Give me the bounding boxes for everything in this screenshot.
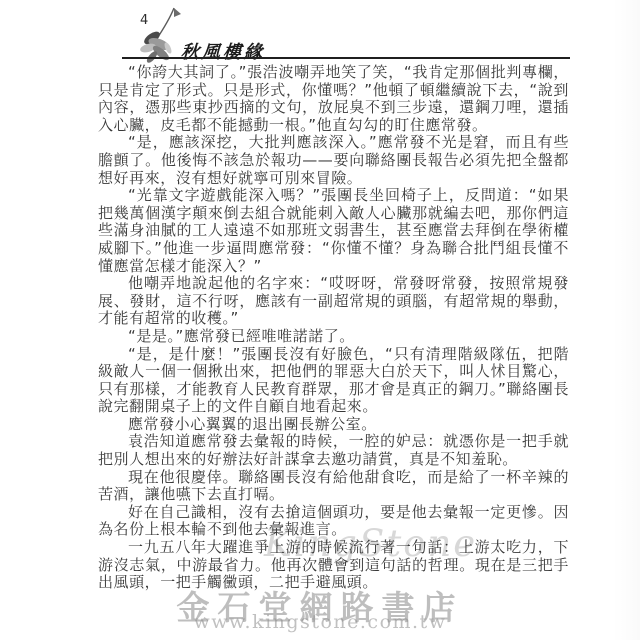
header-rule: [122, 57, 570, 59]
paragraph: “是，是什麼！”張團長沒有好臉色，“只有清理階級隊伍，把階級敵人一個一個揪出來，…: [98, 346, 569, 416]
kingstone-url-watermark: www.kingstone.com.tw: [0, 611, 640, 633]
book-title: 秋風樓緣: [180, 38, 266, 64]
body-text: “你誇大其詞了。”張浩波嘲弄地笑了笑，“我肯定那個批判專欄，只是肯定了形式。只是…: [98, 64, 569, 592]
paragraph: 好在自己識相，沒有去搶這個頭功，要是他去彙報一定更慘。因為名份上根本輪不到他去彙…: [98, 504, 569, 539]
paragraph: “光靠文字遊戲能深入嗎？”張團長坐回椅子上，反問道：“如果把幾萬個漢字顛來倒去組…: [98, 187, 569, 275]
paragraph: 袁浩知道應常發去彙報的時候，一腔的妒忌：就憑你是一把手就把別人想出來的好辦法好計…: [98, 433, 569, 468]
paragraph: 一九五八年大躍進爭上游的時候流行著一句話：上游太吃力，下游沒志氣，中游最省力。他…: [98, 539, 569, 592]
paragraph: “是是。”應常發已經唯唯諾諾了。: [98, 328, 569, 346]
paragraph: 現在他很慶倖。聯絡團長沒有給他甜食吃，而是給了一杯辛辣的苦酒，讓他嚥下去直打嗝。: [98, 469, 569, 504]
paragraph: 他嘲弄地說起他的名字來：“哎呀呀，常發呀常發，按照常規發展、發財，這不行呀，應該…: [98, 275, 569, 328]
paragraph: 應常發小心翼翼的退出團長辦公室。: [98, 416, 569, 434]
paragraph: “你誇大其詞了。”張浩波嘲弄地笑了笑，“我肯定那個批判專欄，只是肯定了形式。只是…: [98, 64, 569, 134]
paragraph: “是，應該深挖，大批判應該深入。”應常發不光是窘，而且有些膽顫了。他後悔不該急於…: [98, 134, 569, 187]
book-page: 4 秋風樓緣 KingStone 金石堂網路書店 www.kingstone.c…: [0, 0, 640, 640]
